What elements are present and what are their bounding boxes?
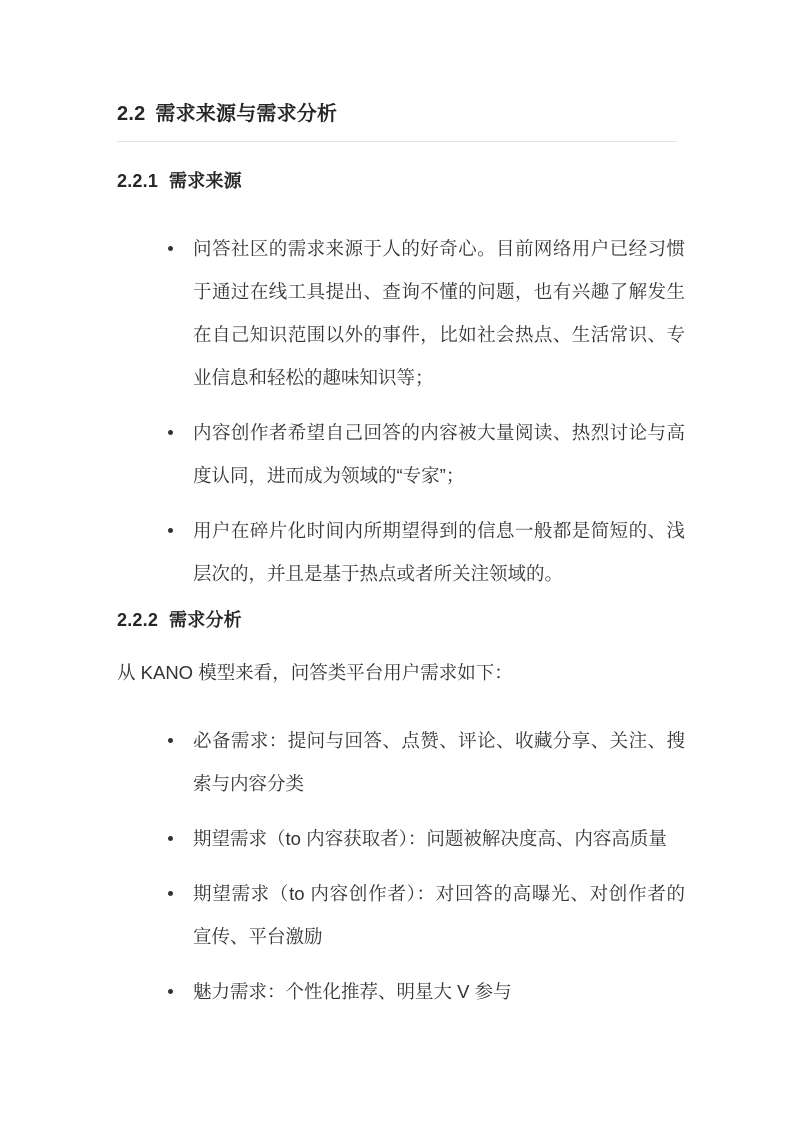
document-page: 2.2需求来源与需求分析 2.2.1需求来源 问答社区的需求来源于人的好奇心。目… [0, 0, 793, 1122]
kano-intro-paragraph: 从 KANO 模型来看，问答类平台用户需求如下： [117, 651, 677, 694]
subsection-2-title: 需求分析 [169, 610, 242, 630]
list-item: 期望需求（to 内容创作者）：对回答的高曝光、对创作者的宣传、平台激励 [193, 872, 677, 958]
section-title: 需求来源与需求分析 [155, 103, 337, 125]
subsection-1-number: 2.2.1 [117, 171, 158, 191]
bullet-text: 用户在碎片化时间内所期望得到的信息一般都是简短的、浅层次的，并且是基于热点或者所… [193, 509, 685, 595]
bullet-text: 必备需求：提问与回答、点赞、评论、收藏分享、关注、搜索与内容分类 [193, 719, 685, 805]
bullet-icon [168, 738, 173, 743]
subsection-1-title: 需求来源 [169, 171, 242, 191]
bullet-icon [168, 989, 173, 994]
list-item: 问答社区的需求来源于人的好奇心。目前网络用户已经习惯于通过在线工具提出、查询不懂… [193, 227, 677, 399]
section-number: 2.2 [117, 103, 145, 125]
bullet-text: 魅力需求：个性化推荐、明星大 V 参与 [193, 970, 685, 1013]
bullet-text: 期望需求（to 内容创作者）：对回答的高曝光、对创作者的宣传、平台激励 [193, 872, 685, 958]
list-item: 内容创作者希望自己回答的内容被大量阅读、热烈讨论与高度认同，进而成为领域的“专家… [193, 411, 677, 497]
bullet-text: 问答社区的需求来源于人的好奇心。目前网络用户已经习惯于通过在线工具提出、查询不懂… [193, 227, 685, 399]
bullet-icon [168, 891, 173, 896]
subsection-1-heading: 2.2.1需求来源 [117, 168, 677, 194]
subsection-2-number: 2.2.2 [117, 610, 158, 630]
bullet-icon [168, 246, 173, 251]
list-item: 期望需求（to 内容获取者）：问题被解决度高、内容高质量 [193, 817, 677, 860]
subsection-2-heading: 2.2.2需求分析 [117, 607, 677, 633]
list-item: 必备需求：提问与回答、点赞、评论、收藏分享、关注、搜索与内容分类 [193, 719, 677, 805]
section-heading: 2.2需求来源与需求分析 [117, 100, 677, 128]
bullet-icon [168, 430, 173, 435]
demand-source-list: 问答社区的需求来源于人的好奇心。目前网络用户已经习惯于通过在线工具提出、查询不懂… [117, 227, 677, 595]
list-item: 用户在碎片化时间内所期望得到的信息一般都是简短的、浅层次的，并且是基于热点或者所… [193, 509, 677, 595]
heading-divider [117, 141, 677, 142]
bullet-icon [168, 836, 173, 841]
bullet-text: 期望需求（to 内容获取者）：问题被解决度高、内容高质量 [193, 817, 685, 860]
bullet-text: 内容创作者希望自己回答的内容被大量阅读、热烈讨论与高度认同，进而成为领域的“专家… [193, 411, 685, 497]
demand-analysis-list: 必备需求：提问与回答、点赞、评论、收藏分享、关注、搜索与内容分类 期望需求（to… [117, 719, 677, 1013]
bullet-icon [168, 528, 173, 533]
list-item: 魅力需求：个性化推荐、明星大 V 参与 [193, 970, 677, 1013]
